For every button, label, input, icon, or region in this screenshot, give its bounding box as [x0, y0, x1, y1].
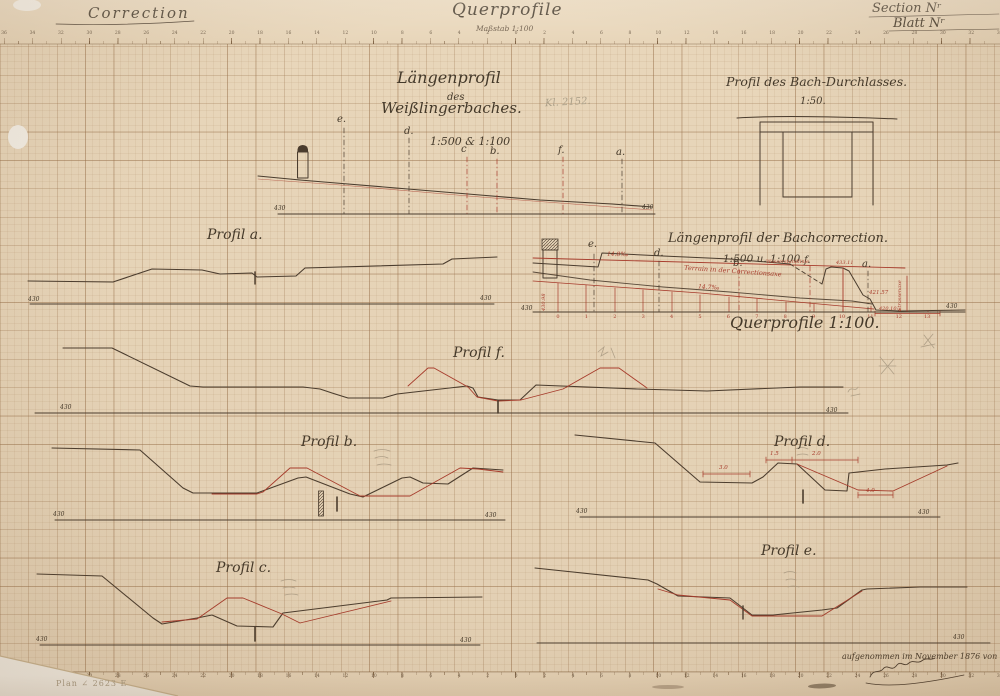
bc-baseline-left: 430 — [521, 306, 532, 312]
profil-d-label: Profil d. — [774, 435, 830, 449]
lp-title-line3: Weißlingerbaches. — [381, 101, 522, 116]
survey-date-note: aufgenommen im November 1876 von — [842, 653, 997, 661]
profil-f-drawing — [35, 348, 848, 413]
lp-station-e: e. — [337, 115, 346, 125]
profil-c-br: 430 — [460, 638, 471, 644]
profil-f-label: Profil f. — [453, 346, 505, 360]
bc-grade-upper: 14.8‰ — [607, 252, 629, 258]
boundary-stone — [298, 152, 309, 178]
profil-e-br: 430 — [953, 635, 964, 641]
profil-a-drawing — [28, 257, 497, 304]
profil-b-br: 430 — [485, 513, 496, 519]
station-number: 13 — [924, 314, 930, 320]
bc-station-d: d. — [654, 249, 664, 259]
profil-a-bl: 430 — [28, 297, 39, 303]
durchlass-drawing — [737, 117, 897, 205]
bc-water-label: Wasserstandlinie — [766, 260, 809, 265]
profil-d-dim-3: 2.0 — [812, 452, 821, 458]
paper-damage-spot — [8, 125, 28, 149]
profil-e-drawing — [535, 568, 990, 643]
profil-c-label: Profil c. — [216, 561, 271, 575]
lp-title-line1: Längenprofil — [397, 70, 501, 86]
profil-b-bl: 430 — [53, 512, 64, 518]
profil-f-br: 430 — [826, 408, 837, 414]
profil-e-label: Profil e. — [761, 544, 817, 558]
ink-smudge — [808, 683, 836, 689]
profil-d-dim-1: 3.0 — [719, 466, 728, 472]
querprofile-label: Querprofile 1:100. — [730, 315, 880, 331]
bc-baseline-right: 430 — [946, 304, 957, 310]
bc-title: Längenprofil der Bachcorrection. — [668, 232, 888, 245]
dimension-lines — [703, 457, 893, 498]
sheet-scale: Maßstab 1:100 — [476, 25, 533, 33]
profil-b-drawing — [52, 448, 505, 520]
durchlass-title: Profil des Bach-Durchlasses. — [726, 76, 907, 89]
station-number: 3 — [642, 314, 645, 320]
lp-station-a: a. — [616, 148, 625, 158]
lp-station-d: d. — [404, 127, 414, 137]
profil-a-br: 430 — [480, 296, 491, 302]
profil-c-bl: 430 — [36, 637, 47, 643]
bc-station-e: e. — [588, 240, 597, 250]
profil-c-drawing — [37, 574, 482, 645]
profil-d-bl: 430 — [576, 509, 587, 515]
station-number: 0 — [556, 314, 559, 320]
station-number: 5 — [698, 314, 701, 320]
paper-damage-spot — [13, 0, 41, 11]
fixpoint-column-cap — [542, 239, 558, 250]
durchlass-scale: 1:50. — [800, 97, 826, 107]
lp-baseline-right: 430 — [642, 205, 653, 211]
station-number: 12 — [896, 314, 902, 320]
correction-label: Correction — [88, 6, 190, 21]
lp-station-b: b. — [490, 147, 500, 157]
profil-b-label: Profil b. — [301, 435, 357, 449]
profil-f-bl: 430 — [60, 405, 71, 411]
station-number: 1 — [585, 314, 588, 320]
plan-number-pencil-note: Plan ∠ 2623 E — [56, 680, 127, 688]
signature — [866, 658, 964, 685]
lp-station-c: c — [461, 145, 467, 155]
profil-a-label: Profil a. — [207, 228, 263, 242]
lp-station-f: f. — [558, 146, 565, 156]
profil-d-br: 430 — [918, 510, 929, 516]
bc-elev-right-top: 433.11 — [836, 261, 854, 266]
bc-axis-vertical: Strassenaxe — [898, 280, 903, 311]
lp-baseline-left: 430 — [274, 206, 285, 212]
station-number: 2 — [613, 314, 616, 320]
profil-d-dim-2: 1.5 — [770, 452, 779, 458]
blatt-number: Blatt Nʳ — [893, 17, 945, 30]
profil-d-dim-4: 4.0 — [866, 489, 875, 495]
pencil-scribbles — [281, 334, 935, 595]
bc-elev-drop: 421.57 — [869, 291, 888, 297]
stake — [319, 491, 324, 516]
ink-smudge — [652, 685, 684, 689]
station-number: 4 — [670, 314, 673, 320]
bc-station-a: a. — [862, 260, 871, 270]
profil-d-drawing — [575, 435, 958, 517]
sheet-title: Querprofile — [452, 2, 563, 19]
bc-elev-left-vertical: 430.98 — [542, 294, 547, 312]
bc-elev-bottom: 420.10 — [879, 307, 897, 312]
boundary-stone-cap — [298, 145, 309, 152]
section-number: Section Nʳ — [872, 2, 941, 15]
scanned-profile-sheet: 3634323028262422201816141210864202468101… — [0, 0, 1000, 696]
